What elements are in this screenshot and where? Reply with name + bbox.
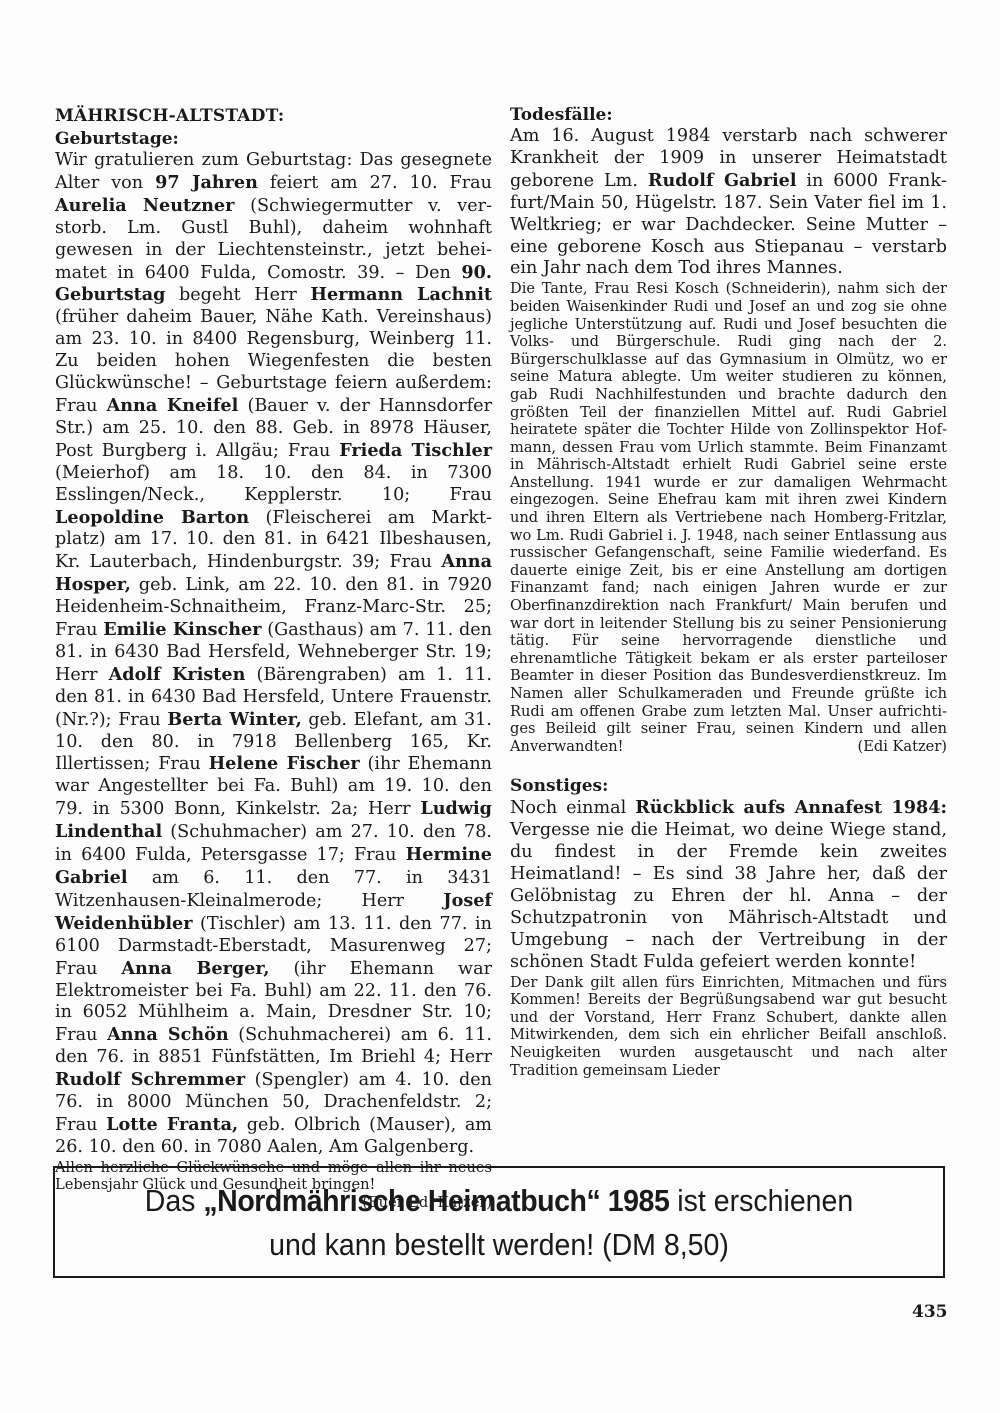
obituary-paragraph-1: Am 16. August 1984 verstarb nach schwere… <box>510 126 947 280</box>
bold-name: Anna Berger, <box>121 958 269 979</box>
bold-name: Emilie Kinscher <box>103 619 261 640</box>
announcement-book-title: „Nordmährische Heimatbuch“ 1985 <box>203 1183 669 1218</box>
bold-name: Anna Schön <box>107 1024 229 1045</box>
announcement-line-1: Das „Nordmährische Heimatbuch“ 1985 ist … <box>91 1182 908 1220</box>
bold-name: Rudolf Gabriel <box>648 170 797 191</box>
announcement-prefix: Das <box>145 1183 204 1218</box>
document-page: MÄHRISCH-ALTSTADT: Geburtstage: Wir grat… <box>0 0 1000 1413</box>
obituary-text: Die Tante, Frau Resi Kosch (Schneiderin)… <box>510 280 947 754</box>
misc-heading: Sonstiges: <box>510 775 947 797</box>
bold-name: Josef Weidenhübler <box>55 890 492 934</box>
bold-name: Rückblick aufs Annafest 1984: <box>635 797 947 818</box>
left-column: MÄHRISCH-ALTSTADT: Geburtstage: Wir grat… <box>55 104 492 1212</box>
heimatbuch-announcement-box: Das „Nordmährische Heimatbuch“ 1985 ist … <box>53 1166 945 1278</box>
announcement-suffix: ist erschienen <box>669 1183 853 1218</box>
obituary-paragraph-2: Die Tante, Frau Resi Kosch (Schneiderin)… <box>510 280 947 755</box>
bold-name: Helene Fischer <box>209 753 360 774</box>
birthdays-paragraph: Wir gratulieren zum Geburtstag: Das gese… <box>55 150 492 1159</box>
section-spacer <box>510 755 947 775</box>
bold-name: Aurelia Neutzner <box>55 195 234 216</box>
annafest-paragraph: Noch einmal Rückblick aufs Annafest 1984… <box>510 797 947 973</box>
bold-name: Lotte Franta, <box>106 1114 238 1135</box>
annafest-thanks-paragraph: Der Dank gilt allen fürs Einrichten, Mit… <box>510 974 947 1080</box>
section-title: MÄHRISCH-ALTSTADT: <box>55 104 492 128</box>
bold-name: 97 Jahren <box>155 172 258 193</box>
page-number: 435 <box>912 1302 948 1322</box>
obituary-signature: (Edi Katzer) <box>858 738 947 756</box>
bold-name: Adolf Kristen <box>109 664 246 685</box>
bold-name: Anna Hosper, <box>55 551 492 595</box>
bold-name: Leopoldine Barton <box>55 507 249 528</box>
deaths-heading: Todesfälle: <box>510 104 947 126</box>
bold-name: Hermann Lachnit <box>310 284 492 305</box>
bold-name: Ludwig Linden­thal <box>55 798 492 842</box>
announcement-line-2: und kann bestellt werden! (DM 8,50) <box>91 1226 908 1264</box>
bold-name: Rudolf Schremmer <box>55 1069 245 1090</box>
bold-name: Anna Kneifel <box>107 395 239 416</box>
right-column: Todesfälle: Am 16. August 1984 verstarb … <box>510 104 947 1079</box>
bold-name: Berta Winter, <box>167 709 301 730</box>
birthdays-heading: Geburtstage: <box>55 128 492 150</box>
bold-name: Frieda Tischler <box>339 440 492 461</box>
bold-name: Hermine Ga­briel <box>55 844 492 888</box>
